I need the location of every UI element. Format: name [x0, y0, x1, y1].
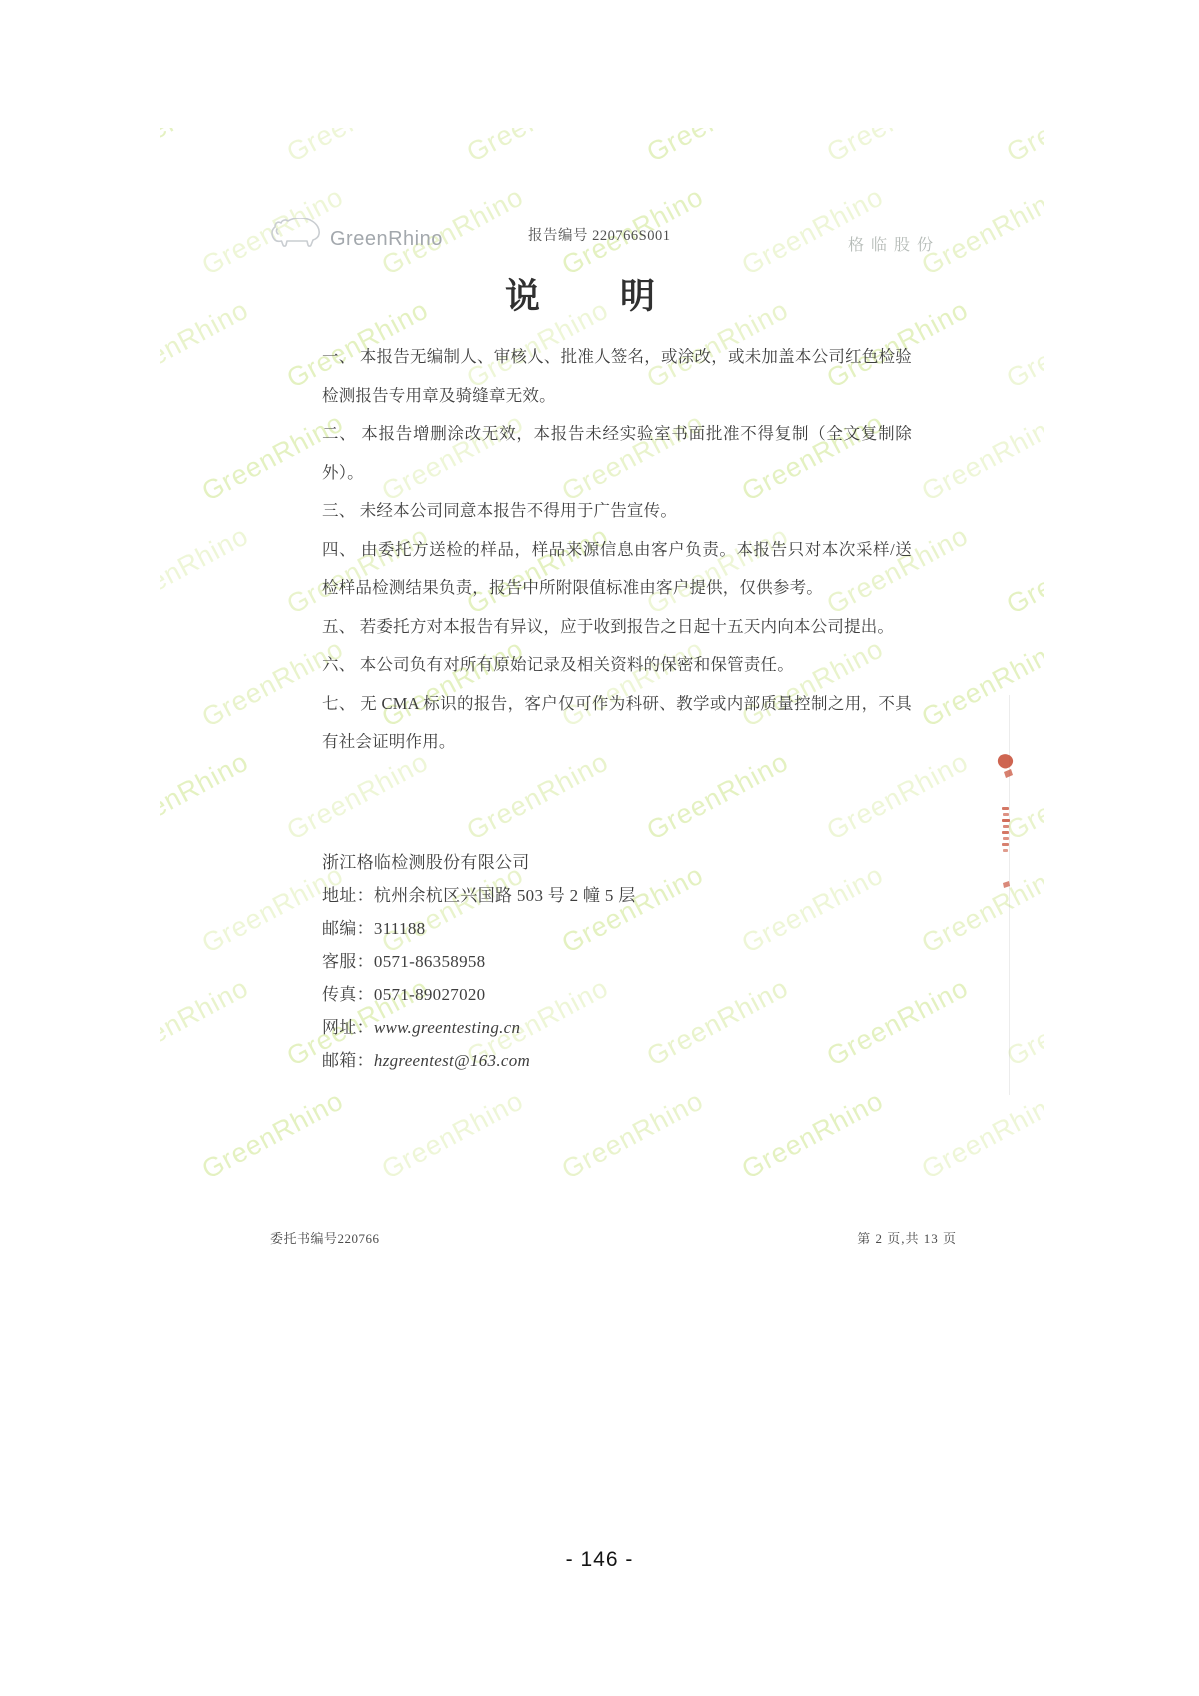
watermark-text: GreenRhino [822, 128, 974, 169]
postcode-value: 311188 [374, 919, 426, 938]
watermark-text: GreenRhino [160, 520, 254, 620]
postcode-label: 邮编： [322, 919, 374, 938]
watermark-text: GreenRhino [822, 972, 974, 1072]
logo-wordmark: GreenRhino [330, 228, 443, 251]
email-value: hzgreentest@163.com [374, 1051, 530, 1070]
report-number: 报告编号 220766S001 [528, 224, 670, 245]
watermark-text: GreenRhino [737, 1085, 889, 1185]
watermark-text: GreenRhino [917, 633, 1044, 733]
company-service-row: 客服：0571-86358958 [322, 945, 636, 978]
company-name: 浙江格临检测股份有限公司 [322, 846, 636, 879]
page-title: 说 明 [505, 276, 655, 318]
watermark-text: GreenRhino [917, 407, 1044, 507]
website-label: 网址： [322, 1018, 374, 1037]
watermark-text: GreenRhino [917, 1085, 1044, 1185]
red-seal-fragment-icon [995, 752, 1015, 902]
watermark-text: GreenRhino [917, 859, 1044, 959]
company-address-row: 地址：杭州余杭区兴国路 503 号 2 幢 5 层 [322, 879, 636, 912]
page-number: - 146 - [0, 1548, 1199, 1572]
watermark-text: GreenRhino [377, 1085, 529, 1185]
watermark-text: GreenRhino [160, 128, 254, 169]
title-char-left: 说 [505, 276, 540, 318]
company-info: 浙江格临检测股份有限公司 地址：杭州余杭区兴国路 503 号 2 幢 5 层 邮… [322, 846, 636, 1077]
watermark-text: GreenRhino [737, 859, 889, 959]
company-fax-row: 传真：0571-89027020 [322, 978, 636, 1011]
watermark-text: GreenRhino [1002, 294, 1044, 394]
watermark-text: GreenRhino [642, 972, 794, 1072]
watermark-text: GreenRhino [282, 128, 434, 169]
note-item: 四、 由委托方送检的样品，样品来源信息由客户负责。本报告只对本次采样/送检样品检… [322, 531, 912, 608]
watermark-text: GreenRhino [160, 746, 254, 846]
fax-value: 0571-89027020 [374, 985, 486, 1004]
commission-number: 委托书编号220766 [270, 1228, 380, 1247]
company-postcode-row: 邮编：311188 [322, 912, 636, 945]
service-phone-value: 0571-86358958 [374, 952, 486, 971]
watermark-text: GreenRhino [642, 128, 794, 169]
email-label: 邮箱： [322, 1051, 374, 1070]
watermark-text: GreenRhino [1002, 128, 1044, 169]
watermark-text: GreenRhino [160, 294, 254, 394]
company-watermark-text: 格临股份 [848, 232, 940, 255]
note-item: 三、 未经本公司同意本报告不得用于广告宣传。 [322, 492, 912, 531]
watermark-text: GreenRhino [1002, 520, 1044, 620]
watermark-text: GreenRhino [197, 1085, 349, 1185]
address-value: 杭州余杭区兴国路 503 号 2 幢 5 层 [374, 886, 636, 905]
note-item: 一、 本报告无编制人、审核人、批准人签名，或涂改，或未加盖本公司红色检验检测报告… [322, 338, 912, 415]
notes-list: 一、 本报告无编制人、审核人、批准人签名，或涂改，或未加盖本公司红色检验检测报告… [322, 338, 912, 762]
note-item: 七、 无 CMA 标识的报告，客户仅可作为科研、教学或内部质量控制之用，不具有社… [322, 685, 912, 762]
fax-label: 传真： [322, 985, 374, 1004]
rhino-icon [270, 218, 322, 248]
service-phone-label: 客服： [322, 952, 374, 971]
note-item: 二、 本报告增删涂改无效，本报告未经实验室书面批准不得复制（全文复制除外）。 [322, 415, 912, 492]
note-item: 五、 若委托方对本报告有异议，应于收到报告之日起十五天内向本公司提出。 [322, 608, 912, 647]
company-email-row: 邮箱：hzgreentest@163.com [322, 1044, 636, 1077]
page-count: 第 2 页,共 13 页 [857, 1228, 957, 1247]
note-item: 六、 本公司负有对所有原始记录及相关资料的保密和保管责任。 [322, 646, 912, 685]
watermark-text: GreenRhino [557, 1085, 709, 1185]
watermark-text: GreenRhino [462, 128, 614, 169]
greenrhino-logo: GreenRhino [270, 218, 443, 248]
company-website-row: 网址：www.greentesting.cn [322, 1011, 636, 1044]
address-label: 地址： [322, 886, 374, 905]
watermark-text: GreenRhino [160, 972, 254, 1072]
document-page: GreenRhinoGreenRhinoGreenRhinoGreenRhino… [0, 0, 1199, 1696]
website-value: www.greentesting.cn [374, 1018, 520, 1037]
title-char-right: 明 [620, 276, 655, 318]
